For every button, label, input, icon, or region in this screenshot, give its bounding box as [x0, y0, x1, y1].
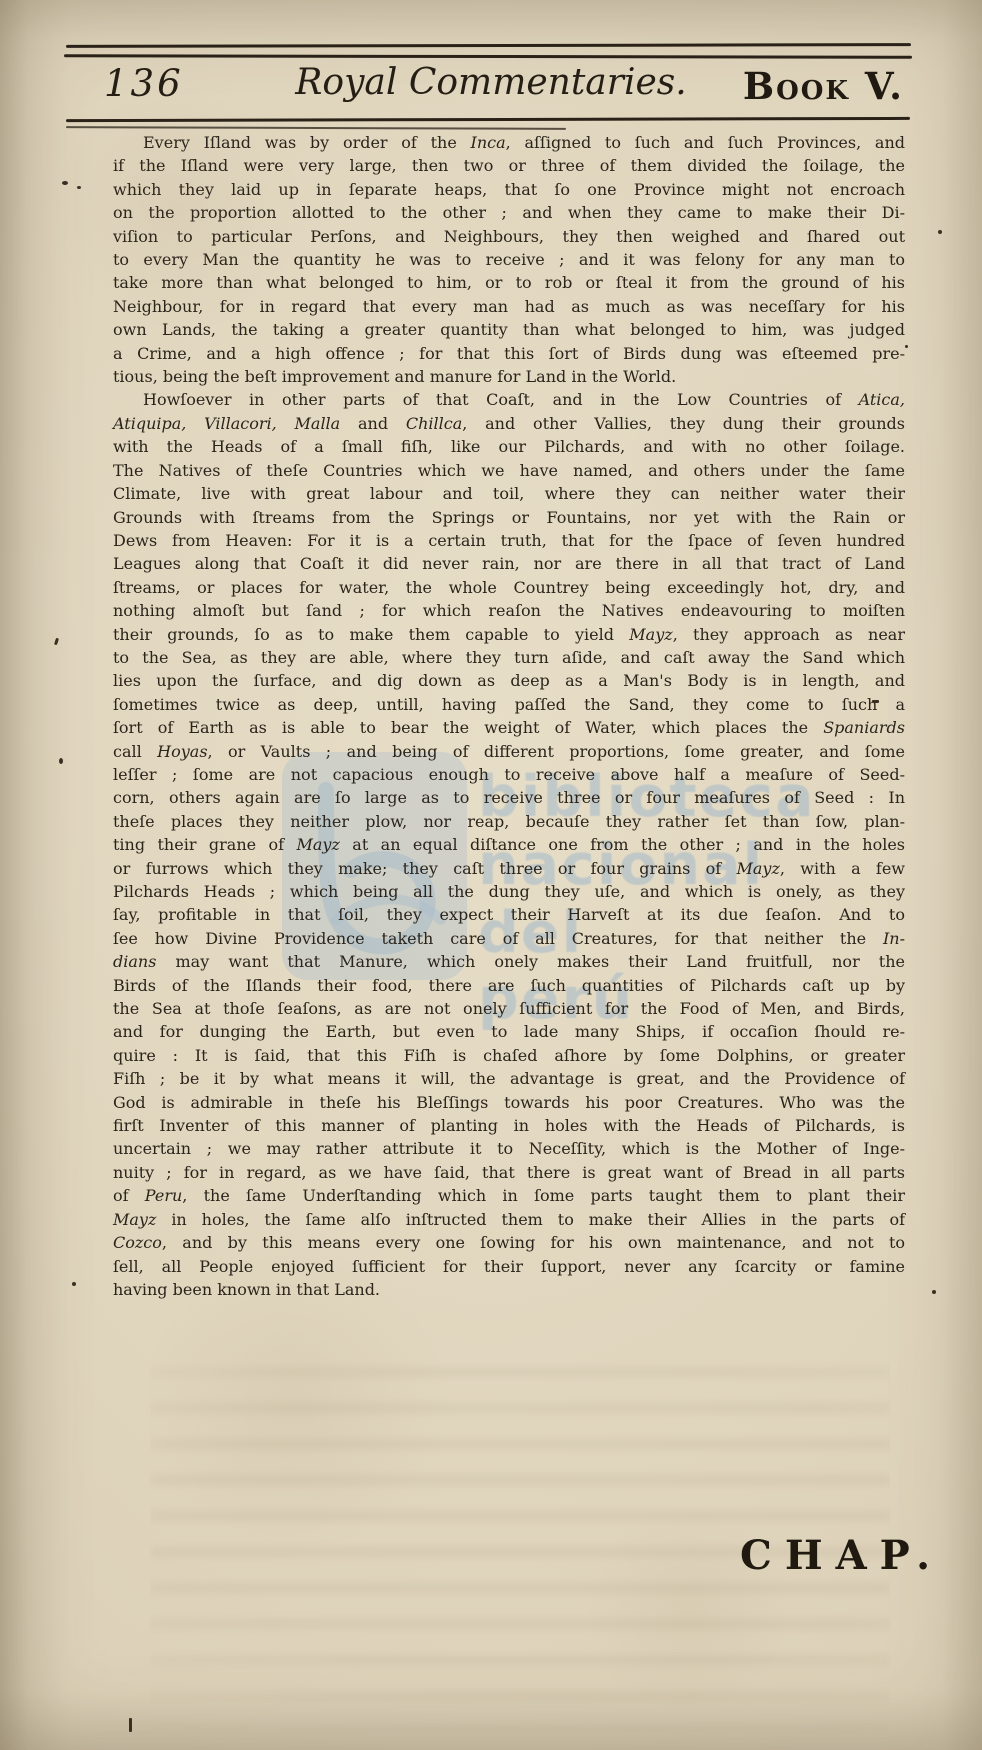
text-line: their grounds, ſo as to make them capabl…	[113, 623, 905, 646]
text-line: leſſer ; ſome are not capacious enough t…	[113, 763, 905, 786]
text-line: of Peru, the ſame Underſtanding which in…	[113, 1184, 905, 1207]
paragraph: Every Iſland was by order of the Inca, a…	[113, 131, 905, 388]
text-line: The Natives of theſe Countries which we …	[113, 459, 905, 482]
catchword: CHAP.	[740, 1532, 943, 1579]
text-line: Grounds with ſtreams from the Springs or…	[113, 506, 905, 529]
paragraph: Howſoever in other parts of that Coaſt, …	[113, 388, 905, 1301]
ink-speck	[129, 1718, 132, 1732]
text-line: Atiquipa, Villacori, Malla and Chillca, …	[113, 412, 905, 435]
text-line: Leagues along that Coaſt it did never ra…	[113, 552, 905, 575]
text-line: Neighbour, for in regard that every man …	[113, 295, 905, 318]
top-rule-upper	[66, 43, 911, 48]
text-line: Mayz in holes, the ſame alſo inſtructed …	[113, 1208, 905, 1231]
ink-speck	[905, 345, 908, 348]
text-line: take more than what belonged to him, or …	[113, 271, 905, 294]
ink-speck	[872, 700, 879, 703]
text-line: Pilchards Heads ; which being all the du…	[113, 880, 905, 903]
ink-speck	[938, 230, 942, 234]
text-line: having been known in that Land.	[113, 1278, 905, 1301]
text-line: Howſoever in other parts of that Coaſt, …	[113, 388, 905, 411]
text-line: which they laid up in ſeparate heaps, th…	[113, 178, 905, 201]
book-label: Book V.	[743, 64, 904, 108]
text-line: to the Sea, as they are able, where they…	[113, 646, 905, 669]
ink-speck	[62, 181, 68, 185]
book-page-scan: 136 Royal Commentaries. Book V. bibliote…	[0, 0, 982, 1750]
text-line: Fiſh ; be it by what means it will, the …	[113, 1067, 905, 1090]
text-line: ſell, all People enjoyed ſufficient for …	[113, 1255, 905, 1278]
ink-speck	[77, 186, 81, 189]
text-line: with the Heads of a ſmall fiſh, like our…	[113, 435, 905, 458]
text-line: Climate, live with great labour and toil…	[113, 482, 905, 505]
text-line: dians may want that Manure, which onely …	[113, 950, 905, 973]
text-line: on the proportion allotted to the other …	[113, 201, 905, 224]
text-line: nuity ; for in regard, as we have ſaid, …	[113, 1161, 905, 1184]
text-line: own Lands, the taking a greater quantity…	[113, 318, 905, 341]
text-line: a Crime, and a high offence ; for that t…	[113, 342, 905, 365]
text-line: call Hoyas, or Vaults ; and being of dif…	[113, 740, 905, 763]
text-line: or furrows which they make; they caſt th…	[113, 857, 905, 880]
text-line: if the Iſland were very large, then two …	[113, 154, 905, 177]
header-rule-partial	[66, 126, 566, 130]
ink-speck	[932, 1290, 936, 1294]
text-line: ſometimes twice as deep, untill, having …	[113, 693, 905, 716]
text-line: ting their grane of Mayz at an equal diſ…	[113, 833, 905, 856]
text-line: viſion to particular Perſons, and Neighb…	[113, 225, 905, 248]
text-line: and for dunging the Earth, but even to l…	[113, 1020, 905, 1043]
ink-speck	[59, 758, 63, 764]
text-line: ſort of Earth as is able to bear the wei…	[113, 716, 905, 739]
text-line: quire : It is ſaid, that this Fiſh is ch…	[113, 1044, 905, 1067]
top-rule-lower	[64, 54, 912, 58]
text-line: lies upon the ſurface, and dig down as d…	[113, 669, 905, 692]
text-line: to every Man the quantity he was to rece…	[113, 248, 905, 271]
ink-speck	[72, 1282, 76, 1286]
text-line: Every Iſland was by order of the Inca, a…	[113, 131, 905, 154]
text-line: Birds of the Iſlands their food, there a…	[113, 974, 905, 997]
text-line: firſt Inventer of this manner of plantin…	[113, 1114, 905, 1137]
text-line: nothing almoſt but ſand ; for which reaſ…	[113, 599, 905, 622]
page-body: Every Iſland was by order of the Inca, a…	[113, 131, 905, 1301]
text-line: tious, being the beſt improvement and ma…	[113, 365, 905, 388]
text-line: God is admirable in theſe his Bleſſings …	[113, 1091, 905, 1114]
text-line: corn, others again are ſo large as to re…	[113, 786, 905, 809]
text-line: ſee how Divine Providence taketh care of…	[113, 927, 905, 950]
text-line: Dews from Heaven: For it is a certain tr…	[113, 529, 905, 552]
text-line: theſe places they neither plow, nor reap…	[113, 810, 905, 833]
text-line: the Sea at thoſe ſeaſons, as are not one…	[113, 997, 905, 1020]
ink-speck	[54, 638, 59, 646]
header-rule-main	[66, 117, 910, 122]
text-line: ſtreams, or places for water, the whole …	[113, 576, 905, 599]
text-line: ſay, profitable in that ſoil, they expec…	[113, 903, 905, 926]
text-line: Cozco, and by this means every one ſowin…	[113, 1231, 905, 1254]
text-line: uncertain ; we may rather attribute it t…	[113, 1137, 905, 1160]
